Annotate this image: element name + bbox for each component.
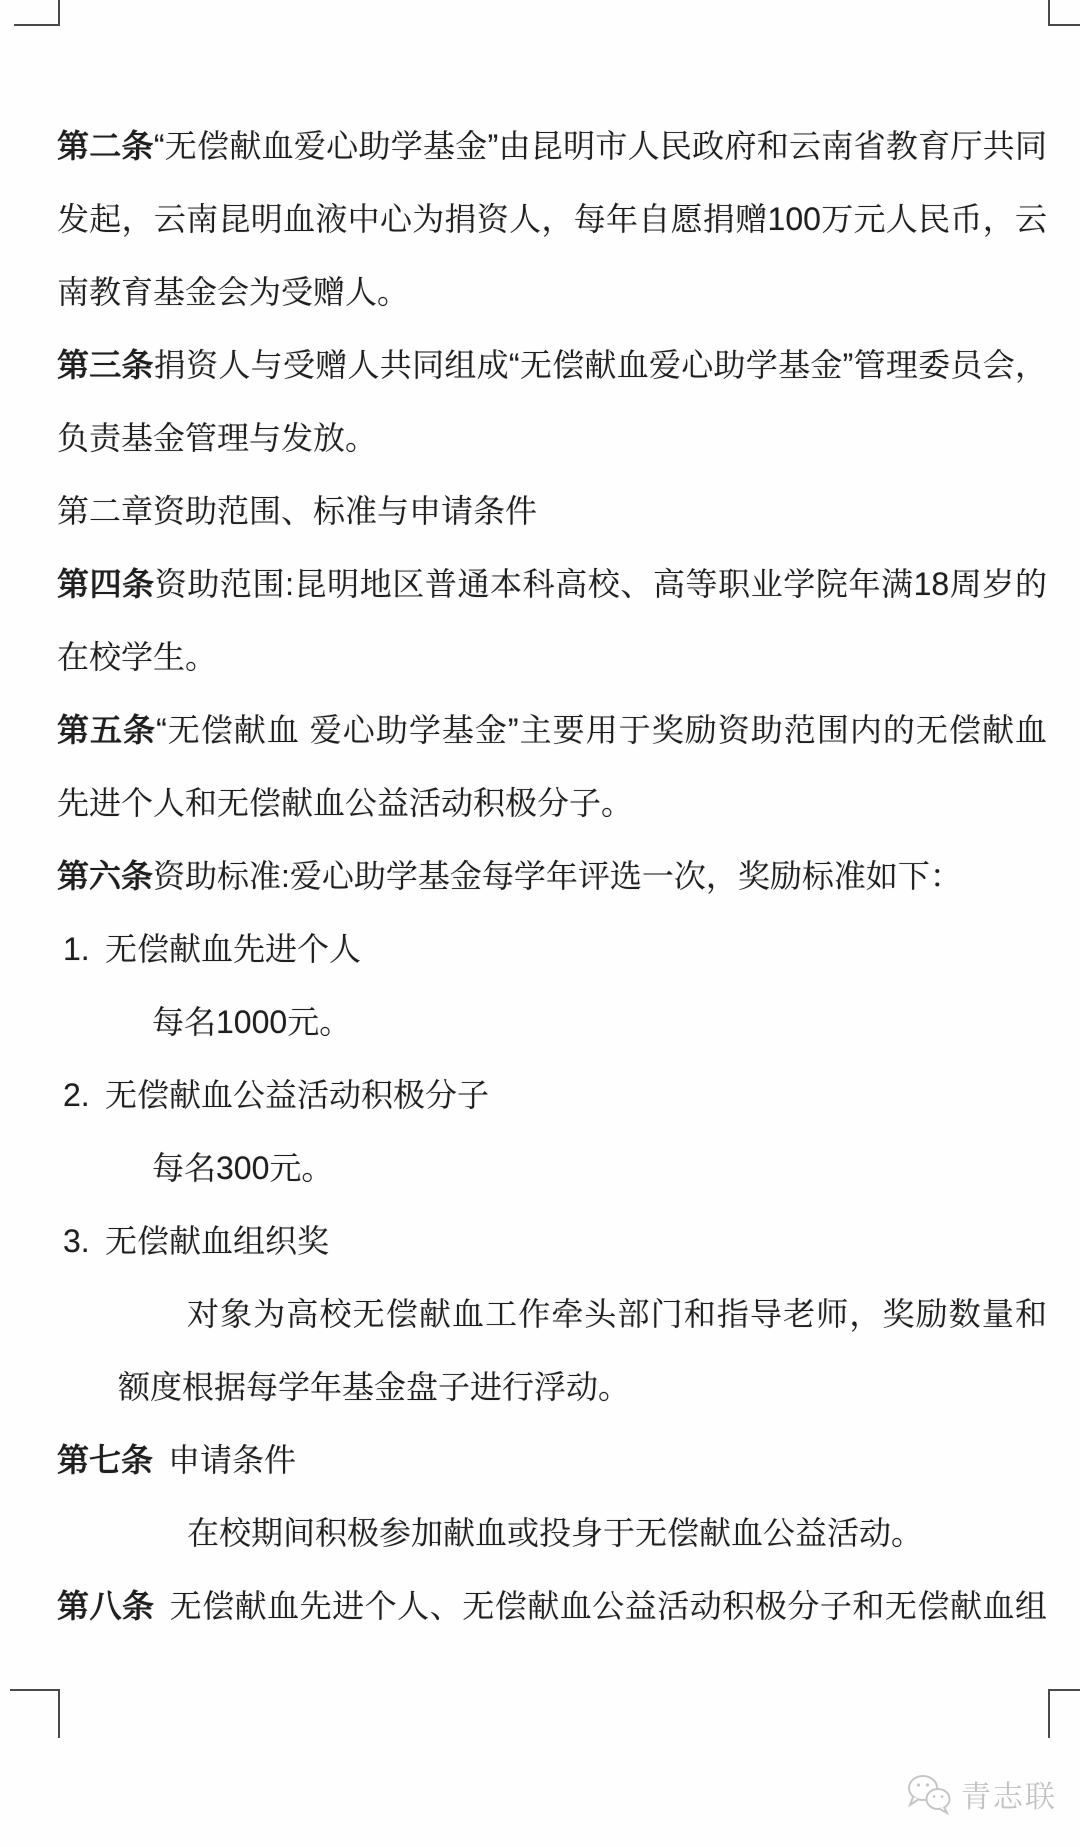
crop-mark-bottom-right-vertical: [1048, 1689, 1050, 1738]
article-number: 第六条: [57, 858, 153, 894]
text-line: 第二章资助范围、标准与申请条件: [57, 475, 1047, 548]
article-number: 第七条: [57, 1442, 153, 1478]
article-number: 第三条: [57, 347, 154, 383]
text-line: 对象为高校无偿献血工作牵头部门和指导老师，奖励数量和: [57, 1278, 1047, 1351]
line-text: 第二章资助范围、标准与申请条件: [57, 493, 537, 529]
crop-mark-top-left-vertical: [58, 0, 60, 26]
wechat-bubbles-icon: [906, 1773, 954, 1815]
list-marker: 1.: [63, 913, 105, 986]
text-line: 发起，云南昆明血液中心为捐资人，每年自愿捐赠100万元人民币，云: [57, 183, 1047, 256]
text-line: 每名1000元。: [57, 986, 1047, 1059]
line-text: 无偿献血先进个人、无偿献血公益活动积极分子和无偿献血组: [170, 1588, 1047, 1624]
crop-mark-top-right-horizontal: [1048, 24, 1080, 26]
text-line: 第四条资助范围:昆明地区普通本科高校、高等职业学院年满18周岁的: [57, 548, 1047, 621]
line-text: 发起，云南昆明血液中心为捐资人，每年自愿捐赠100万元人民币，云: [57, 201, 1047, 237]
line-text: 每名300元。: [152, 1150, 333, 1186]
text-line: 3.无偿献血组织奖: [57, 1205, 1047, 1278]
text-line: 每名300元。: [57, 1132, 1047, 1205]
line-text: 资助标准:爱心助学基金每学年评选一次，奖励标准如下：: [153, 858, 962, 894]
line-text: 先进个人和无偿献血公益活动积极分子。: [57, 785, 633, 821]
line-text: 资助范围:昆明地区普通本科高校、高等职业学院年满18周岁的: [155, 566, 1047, 602]
text-line: 第八条无偿献血先进个人、无偿献血公益活动积极分子和无偿献血组: [57, 1570, 1047, 1643]
line-text: 南教育基金会为受赠人。: [57, 274, 409, 310]
line-text: 申请条件: [168, 1442, 296, 1478]
crop-mark-top-left-horizontal: [14, 24, 60, 26]
line-text: 无偿献血公益活动积极分子: [105, 1077, 489, 1113]
text-line: 额度根据每学年基金盘子进行浮动。: [57, 1351, 1047, 1424]
crop-mark-top-right-vertical: [1048, 0, 1050, 26]
watermark: 青志联: [906, 1772, 1057, 1816]
line-text: 捐资人与受赠人共同组成“无偿献血爱心助学基金”管理委员会，: [154, 347, 1047, 383]
document-body: 第二条“无偿献血爱心助学基金”由昆明市人民政府和云南省教育厅共同发起，云南昆明血…: [57, 110, 1047, 1643]
article-number: 第五条: [57, 712, 156, 748]
line-text: 负责基金管理与发放。: [57, 420, 377, 456]
crop-mark-bottom-right-horizontal: [1048, 1689, 1080, 1691]
text-line: 第五条“无偿献血 爱心助学基金”主要用于奖励资助范围内的无偿献血: [57, 694, 1047, 767]
line-text: 额度根据每学年基金盘子进行浮动。: [118, 1369, 630, 1405]
line-text: 无偿献血组织奖: [105, 1223, 329, 1259]
document-page: 第二条“无偿献血爱心助学基金”由昆明市人民政府和云南省教育厅共同发起，云南昆明血…: [0, 0, 1080, 1847]
crop-mark-bottom-left-vertical: [58, 1689, 60, 1738]
text-line: 2.无偿献血公益活动积极分子: [57, 1059, 1047, 1132]
line-text: “无偿献血爱心助学基金”由昆明市人民政府和云南省教育厅共同: [154, 128, 1047, 164]
text-line: 在校期间积极参加献血或投身于无偿献血公益活动。: [57, 1497, 1047, 1570]
line-text: 在校期间积极参加献血或投身于无偿献血公益活动。: [187, 1515, 923, 1551]
text-line: 1.无偿献血先进个人: [57, 913, 1047, 986]
crop-mark-bottom-left-horizontal: [10, 1689, 60, 1691]
text-line: 先进个人和无偿献血公益活动积极分子。: [57, 767, 1047, 840]
text-line: 第七条申请条件: [57, 1424, 1047, 1497]
line-text: 无偿献血先进个人: [105, 931, 361, 967]
list-marker: 2.: [63, 1059, 105, 1132]
watermark-label: 青志联: [961, 1772, 1057, 1816]
text-line: 第六条资助标准:爱心助学基金每学年评选一次，奖励标准如下：: [57, 840, 1047, 913]
text-line: 负责基金管理与发放。: [57, 402, 1047, 475]
article-number: 第八条: [57, 1588, 155, 1624]
text-line: 第二条“无偿献血爱心助学基金”由昆明市人民政府和云南省教育厅共同: [57, 110, 1047, 183]
line-text: 每名1000元。: [152, 1004, 351, 1040]
text-line: 在校学生。: [57, 621, 1047, 694]
article-number: 第四条: [57, 566, 155, 602]
text-line: 南教育基金会为受赠人。: [57, 256, 1047, 329]
line-text: “无偿献血 爱心助学基金”主要用于奖励资助范围内的无偿献血: [156, 712, 1047, 748]
list-marker: 3.: [63, 1205, 105, 1278]
text-line: 第三条捐资人与受赠人共同组成“无偿献血爱心助学基金”管理委员会，: [57, 329, 1047, 402]
article-number: 第二条: [57, 128, 154, 164]
line-text: 对象为高校无偿献血工作牵头部门和指导老师，奖励数量和: [187, 1296, 1047, 1332]
line-text: 在校学生。: [57, 639, 217, 675]
